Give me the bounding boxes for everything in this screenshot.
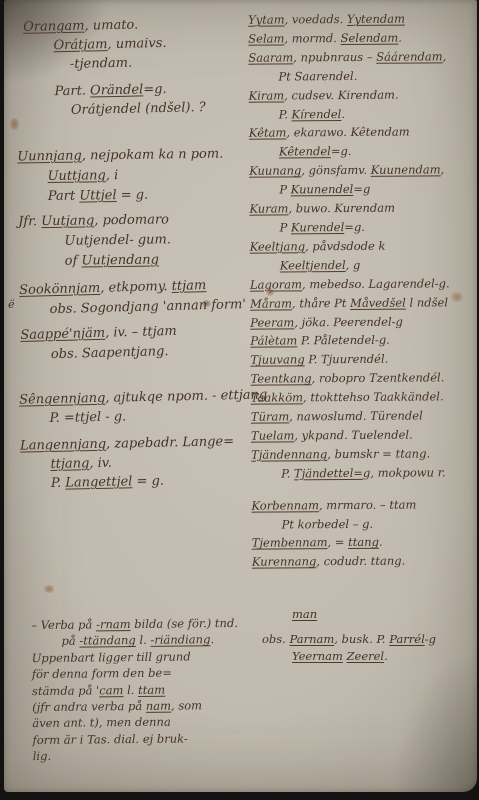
- manuscript-line: Kurennang, codudr. ttang.: [252, 552, 452, 572]
- manuscript-line: Yytam, voedads. Yytendam: [248, 9, 448, 29]
- manuscript-line: Selam, mormd. Selendam.: [248, 28, 448, 48]
- manuscript-line: obs. Parnam, busk. P. Parrél-g: [262, 631, 436, 648]
- manuscript-line: Keeltjang, påvdsdode k: [250, 236, 450, 256]
- manuscript-line: P. Tjändettel=g, mokpowu r.: [251, 463, 451, 483]
- manuscript-line: Pálètam P. Påletendel-g.: [250, 331, 450, 351]
- paper-stain: [451, 292, 463, 302]
- manuscript-line: Kuunang, gönsfamv. Kuunendam,: [249, 161, 449, 181]
- manuscript-line: Peeram, jöka. Peerendel-g: [250, 312, 450, 332]
- manuscript-line: Saaram, npubnraus – Sáárendam,: [248, 47, 448, 67]
- entry-group-sengennjang: Sêngennjang, ajtukqe npom. - ettjangP. =…: [19, 385, 269, 493]
- manuscript-line: Lagoram, mebedso. Lagarendel-g.: [250, 274, 450, 294]
- bottom-note-paragraph: – Verba på -rnam bilda (se för.) tnd.på …: [31, 615, 239, 765]
- manuscript-line: man: [262, 606, 436, 623]
- manuscript-line: Kuram, buwo. Kurendam: [249, 198, 449, 218]
- entry-group-orangam: Orangam, umato.Orátjam, umaivs.-tjendam.…: [23, 14, 206, 121]
- manuscript-line: Korbennam, mrmaro. – ttam: [251, 495, 451, 515]
- manuscript-line: Tuelam, ykpand. Tuelendel.: [251, 425, 451, 445]
- manuscript-line: Kêtendel=g.: [249, 142, 449, 162]
- manuscript-line: Kiram, cudsev. Kirendam.: [249, 85, 449, 105]
- entry-group-uunnjang: Uunnjang, nejpokam ka n pom.Uuttjang, iP…: [17, 145, 225, 273]
- manuscript-line: P. =ttjel - g.: [19, 404, 267, 428]
- manuscript-line: P. Langettjel = g.: [21, 469, 269, 493]
- manuscript-line: Keeltjendel, g: [250, 255, 450, 275]
- manuscript-line: -tjendam.: [24, 52, 205, 75]
- manuscript-line: Pt Saarendel.: [248, 66, 448, 86]
- manuscript-line: Tjuuvang P. Tjuurendél.: [250, 350, 450, 370]
- paper-stain: [10, 118, 19, 130]
- manuscript-line: Türam, nawoslumd. Türendel: [251, 406, 451, 426]
- manuscript-line: Kêtam, ekarawo. Kêtendam: [249, 123, 449, 143]
- margin-mark: ë: [8, 298, 15, 311]
- manuscript-line: Yeernam Zeerel.: [262, 648, 436, 665]
- manuscript-line: of Uutjendang: [19, 250, 225, 273]
- manuscript-line: på -ttändang l. -riändiang.: [31, 631, 238, 650]
- manuscript-line: P. Kírendel.: [249, 104, 449, 124]
- manuscript-line: Tjembennam, = ttang.: [252, 533, 452, 553]
- manuscript-line: Uunnjang, nejpokam ka n pom.: [17, 145, 223, 168]
- entry-group-sookonnjam: Sookönnjam, etkpomy. ttjamobs. Sogondjan…: [19, 275, 248, 366]
- manuscript-line: lig.: [33, 746, 240, 765]
- manuscript-line: Teentkang, robopro Tzentkendél.: [251, 369, 451, 389]
- manuscript-line: P Kurendel=g.: [249, 217, 449, 237]
- manuscript-page: Orangam, umato.Orátjam, umaivs.-tjendam.…: [4, 0, 477, 792]
- paper-stain: [44, 585, 54, 593]
- right-column-entries: Yytam, voedads. YytendamSelam, mormd. Se…: [248, 9, 452, 572]
- manuscript-line: Part Uttjel = g.: [18, 185, 224, 208]
- manuscript-line: P Kuunendel=g: [249, 179, 449, 199]
- right-note-parnam: manobs. Parnam, busk. P. Parrél-gYeernam…: [262, 606, 436, 665]
- manuscript-photo: Orangam, umato.Orátjam, umaivs.-tjendam.…: [0, 0, 479, 800]
- manuscript-line: Taakköm, ttokttehso Taakkändel.: [251, 387, 451, 407]
- manuscript-line: Tjändennang, bumskr = ttang.: [251, 444, 451, 464]
- manuscript-line: Måram, thåre Pt Måvedšel l ndšel: [250, 293, 450, 313]
- manuscript-line: Pt korbedel – g.: [252, 514, 452, 534]
- manuscript-line: Orátjendel (ndšel). ?: [25, 98, 206, 121]
